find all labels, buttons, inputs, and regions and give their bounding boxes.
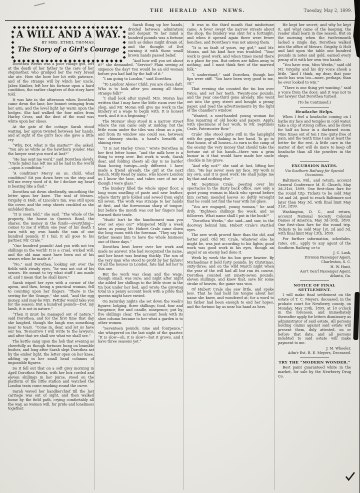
notice-paragraph: I will make final settlement on the esta…: [278, 293, 351, 345]
story-paragraph: Dorothea Weeks was a poor village girl, …: [8, 62, 94, 97]
section-divider: [300, 281, 329, 282]
story-paragraph: “One hundred pounds! And you with not te…: [8, 244, 94, 261]
section-divider: [300, 107, 329, 108]
story-paragraph: It was late in the afternoon when Doroth…: [8, 98, 94, 124]
story-paragraph: “There is one thing yet wanting,” said a…: [278, 86, 351, 99]
final-settlement-text: I will make final settlement on the esta…: [278, 293, 351, 345]
notice-paragraph: Best paint guaranteed white in the marke…: [278, 366, 351, 379]
signature-line: Adm'r Est. R. E. Meyers, Deceased.: [278, 351, 351, 355]
column-3: It was in the third month that misfortun…: [183, 23, 274, 490]
story-paragraph: “It is not Harley Cross,” wrote Dorothea…: [98, 146, 183, 185]
title-box-spacer: [8, 23, 94, 62]
advertisement-text: Best paint guaranteed white in the marke…: [278, 366, 351, 379]
story-column-2-text: Sarah flung up her hands, divided betwee…: [98, 23, 183, 344]
story-paragraph: Of Hubert Crale she saw little, and spok…: [187, 287, 274, 309]
masthead-rule: [5, 20, 356, 21]
story-paragraph: “You have won, Miss Weeks,” said old Mr.…: [278, 63, 351, 85]
masthead-date: Tuesday, May 2, 1899.: [304, 9, 352, 14]
story-paragraph: Dorothea sat down obediently, smoothing …: [8, 190, 94, 212]
story-paragraph: The Morans' shop stood in a narrow stree…: [98, 119, 183, 145]
story-paragraph: Crale! She stood quite still in the lamp…: [187, 132, 274, 162]
story-paragraph: He kept her secret; and why he kept it, …: [278, 23, 351, 62]
headache-helps-text: When I feel a headache coming on I bathe…: [278, 115, 351, 159]
story-paragraph: “You are engaged, young woman,” he said …: [187, 205, 274, 218]
settlement-signature: J. M. Wheeler,Adm'r Est. R. E. Meyers, D…: [278, 346, 351, 355]
check-mark-artifact: [343, 466, 357, 486]
column-1: Dorothea Weeks was a poor village girl, …: [8, 23, 94, 490]
section-divider: [300, 358, 329, 359]
story-paragraph: Sarah wiped her eyes with a corner of th…: [8, 281, 94, 311]
story-paragraph: “Why, Dot, what is the matter?” she aske…: [8, 143, 94, 156]
story-paragraph: “Dorothea Weeks,” she said—and saw, in t…: [187, 219, 274, 232]
story-paragraph: “Hush! Isn't he the handsomest man you e…: [98, 218, 183, 244]
notice-paragraph: Washington, D. C., and return, account N…: [278, 210, 351, 236]
notice-paragraph: Baltimore, Md., and return, account Gene…: [278, 178, 351, 208]
advertisement-heading: TRY THE “MODERN WONDER.”: [278, 360, 351, 365]
newspaper-page: THE HERALD AND NEWS. Tuesday, May 2, 189…: [0, 0, 360, 493]
signature-line: Atlanta, Ga.: [278, 274, 351, 278]
story-paragraph: Dorothea bent lower over her work and ma…: [98, 245, 183, 271]
excursion-rates-heading: EXCURSION RATES.: [278, 163, 351, 168]
signature-line: Charleston, S. C.: [278, 260, 351, 264]
story-paragraph: The bindery filled the whole upper floor…: [98, 187, 183, 217]
excursion-signature-1: J. C. Lusk,Division Passenger Agent,Char…: [278, 251, 351, 264]
notice-paragraph: For further information, schedules, rate…: [278, 237, 351, 250]
story-paragraph: Mr. Septimus Crale, peering over his spe…: [187, 182, 274, 204]
story-paragraph: The new work proved finer than the old, …: [187, 233, 274, 255]
section-divider: [300, 161, 329, 162]
story-paragraph: That evening she counted the tin box ove…: [187, 87, 274, 113]
story-paragraph: “I am going to London,” said Dorothea.: [98, 77, 183, 81]
story-paragraph: “Wanted, a neat-handed young woman for f…: [187, 114, 274, 131]
story-paragraph: “No,” said Dorothea, looking out over th…: [8, 262, 94, 279]
story-paragraph: “I shall look after myself. Mrs. Moran h…: [98, 97, 183, 119]
excursion-rates-text: Baltimore, Md., and return, account Gene…: [278, 178, 351, 250]
pencil-mark-artifact: [34, 3, 45, 7]
story-paragraph: “It is soon told,” she said. “The whole …: [8, 213, 94, 243]
story-paragraph: On Saturday nights she set down the week…: [98, 299, 183, 325]
story-paragraph: Week by week the tin box grew heavier. B…: [187, 256, 274, 286]
story-paragraph: “Then it must be managed out of nature,”…: [8, 312, 94, 338]
story-column-3-text: It was in the third month that misfortun…: [187, 23, 274, 309]
story-paragraph: Sarah waved her handkerchief till the la…: [8, 389, 94, 411]
story-column-1-text: Dorothea Weeks was a poor village girl, …: [8, 62, 94, 411]
column-4: He kept her secret; and why he kept it, …: [274, 23, 351, 490]
to-be-continued: (To be Continued.): [278, 100, 351, 104]
story-paragraph: So it fell out that on a soft grey morni…: [8, 367, 94, 389]
story-paragraph: It was in the third month that misfortun…: [187, 23, 274, 45]
excursion-rates-subheading: Via Southern Railway for Special Occasio…: [278, 169, 351, 178]
column-2: Sarah flung up her hands, divided betwee…: [94, 23, 183, 490]
story-paragraph: The kettle sang upon the hob that evenin…: [8, 339, 94, 365]
story-paragraph: “A condition? Mercy on us, child, what c…: [8, 171, 94, 188]
story-paragraph: But the work was clean and the wage, tho…: [98, 272, 183, 298]
story-column-4-text: He kept her secret; and why he kept it, …: [278, 23, 351, 99]
final-settlement-heading: NOTICE OF FINAL SETTLEMENT.: [278, 283, 351, 292]
headache-helps-heading: Headache Helps.: [278, 109, 351, 114]
story-paragraph: “Seventeen pounds, nine and fourpence,” …: [98, 327, 183, 344]
story-paragraph: “It is no fault of yours, my girl,” said…: [187, 46, 274, 72]
title-box-wrap-spacer: [98, 23, 128, 63]
story-paragraph: “He has sent me word,” said Dorothea slo…: [8, 157, 94, 170]
notice-paragraph: When I feel a headache coming on I bathe…: [278, 115, 351, 159]
story-paragraph: At the gate of the cottage Sarah stood w…: [8, 125, 94, 142]
story-paragraph: “And why not?” she said at last, lifting…: [187, 164, 274, 181]
story-paragraph: “To London! Alone! Child, you are clean …: [98, 83, 183, 96]
columns-area: ◆◆◆◆◆◆◆◆◆◆◆◆◆◆◆◆◆◆◆◆◆◆◆◆ ◆ ◆ ◆ ◆ ◆ ◆ A W…: [8, 23, 357, 490]
excursion-signature-2: H. W. Hunt,Ass't Gen'l Passenger Agent,A…: [278, 265, 351, 278]
story-paragraph: “I understand,” said Dorothea, though he…: [187, 73, 274, 86]
